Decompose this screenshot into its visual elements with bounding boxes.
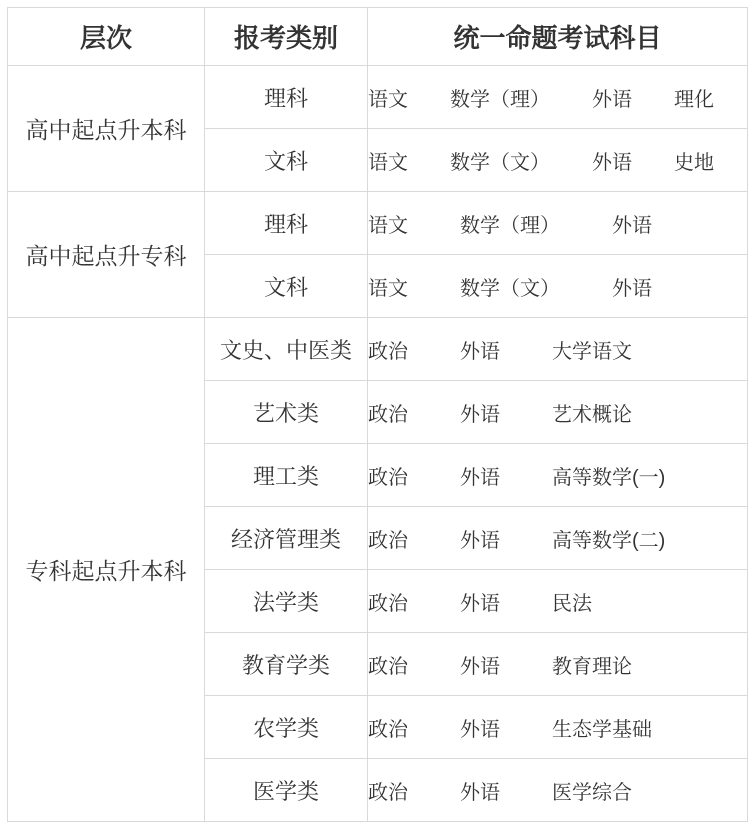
subject-item: 政治	[368, 650, 408, 679]
subject-item: 外语	[460, 776, 500, 805]
subject-item: 理化	[674, 83, 714, 112]
subject-item: 数学（理）	[460, 209, 560, 238]
subjects-list: 语文 数学（理） 外语	[368, 209, 747, 238]
subject-item: 政治	[368, 335, 408, 364]
subject-item: 语文	[368, 272, 408, 301]
subject-item: 外语	[460, 587, 500, 616]
subject-item: 外语	[460, 650, 500, 679]
subjects-cell: 政治 外语 大学语文	[368, 318, 748, 381]
subjects-cell: 政治 外语 生态学基础	[368, 696, 748, 759]
subject-item: 语文	[368, 209, 408, 238]
subjects-cell: 语文 数学（理） 外语 理化	[368, 66, 748, 129]
category-cell: 医学类	[205, 759, 368, 822]
subjects-cell: 语文 数学（理） 外语	[368, 192, 748, 255]
subject-item: 高等数学(二)	[552, 524, 665, 553]
category-cell: 理科	[205, 66, 368, 129]
subject-item: 政治	[368, 587, 408, 616]
category-cell: 理科	[205, 192, 368, 255]
subject-item: 教育理论	[552, 650, 632, 679]
subject-item: 医学综合	[552, 776, 632, 805]
subject-item: 高等数学(一)	[552, 461, 665, 490]
subject-item: 外语	[460, 335, 500, 364]
subject-item: 政治	[368, 776, 408, 805]
subject-item: 外语	[612, 272, 652, 301]
subject-item: 外语	[612, 209, 652, 238]
subject-item: 语文	[368, 146, 408, 175]
subjects-list: 语文 数学（文） 外语	[368, 272, 747, 301]
level-cell: 高中起点升专科	[8, 192, 205, 318]
category-cell: 经济管理类	[205, 507, 368, 570]
col-header-level: 层次	[8, 8, 205, 66]
subjects-list: 政治 外语 艺术概论	[368, 398, 747, 427]
subjects-list: 政治 外语 高等数学(一)	[368, 461, 747, 490]
header-row: 层次 报考类别 统一命题考试科目	[8, 8, 748, 66]
subject-item: 政治	[368, 398, 408, 427]
subject-item: 外语	[460, 524, 500, 553]
subject-item: 政治	[368, 461, 408, 490]
category-cell: 文科	[205, 129, 368, 192]
subjects-list: 政治 外语 教育理论	[368, 650, 747, 679]
subjects-cell: 政治 外语 教育理论	[368, 633, 748, 696]
table-row: 高中起点升专科 理科 语文 数学（理） 外语	[8, 192, 748, 255]
subject-item: 民法	[552, 587, 592, 616]
subject-item: 语文	[368, 83, 408, 112]
category-cell: 艺术类	[205, 381, 368, 444]
category-cell: 农学类	[205, 696, 368, 759]
subjects-cell: 政治 外语 民法	[368, 570, 748, 633]
category-cell: 文史、中医类	[205, 318, 368, 381]
subjects-list: 政治 外语 民法	[368, 587, 747, 616]
subject-item: 艺术概论	[552, 398, 632, 427]
subject-item: 大学语文	[552, 335, 632, 364]
table-row: 高中起点升本科 理科 语文 数学（理） 外语 理化	[8, 66, 748, 129]
subject-item: 外语	[592, 146, 632, 175]
subject-item: 数学（文）	[460, 272, 560, 301]
category-cell: 理工类	[205, 444, 368, 507]
col-header-category: 报考类别	[205, 8, 368, 66]
exam-subjects-table: 层次 报考类别 统一命题考试科目 高中起点升本科 理科 语文 数学（理） 外语 …	[7, 7, 748, 822]
subjects-cell: 语文 数学（文） 外语 史地	[368, 129, 748, 192]
subjects-cell: 政治 外语 医学综合	[368, 759, 748, 822]
subject-item: 政治	[368, 713, 408, 742]
level-cell: 专科起点升本科	[8, 318, 205, 822]
subjects-cell: 政治 外语 高等数学(一)	[368, 444, 748, 507]
subjects-cell: 语文 数学（文） 外语	[368, 255, 748, 318]
category-cell: 教育学类	[205, 633, 368, 696]
page: 层次 报考类别 统一命题考试科目 高中起点升本科 理科 语文 数学（理） 外语 …	[0, 0, 754, 827]
level-cell: 高中起点升本科	[8, 66, 205, 192]
subject-item: 数学（文）	[450, 146, 550, 175]
category-cell: 法学类	[205, 570, 368, 633]
subjects-list: 语文 数学（理） 外语 理化	[368, 83, 747, 112]
subjects-list: 政治 外语 医学综合	[368, 776, 747, 805]
subjects-list: 政治 外语 大学语文	[368, 335, 747, 364]
subjects-cell: 政治 外语 艺术概论	[368, 381, 748, 444]
subject-item: 政治	[368, 524, 408, 553]
subject-item: 外语	[460, 713, 500, 742]
subject-item: 外语	[460, 398, 500, 427]
subjects-list: 语文 数学（文） 外语 史地	[368, 146, 747, 175]
subject-item: 外语	[460, 461, 500, 490]
subjects-list: 政治 外语 高等数学(二)	[368, 524, 747, 553]
subject-item: 外语	[592, 83, 632, 112]
subject-item: 生态学基础	[552, 713, 652, 742]
subjects-list: 政治 外语 生态学基础	[368, 713, 747, 742]
col-header-subjects: 统一命题考试科目	[368, 8, 748, 66]
table-row: 专科起点升本科 文史、中医类 政治 外语 大学语文	[8, 318, 748, 381]
subjects-cell: 政治 外语 高等数学(二)	[368, 507, 748, 570]
subject-item: 史地	[674, 146, 714, 175]
category-cell: 文科	[205, 255, 368, 318]
subject-item: 数学（理）	[450, 83, 550, 112]
